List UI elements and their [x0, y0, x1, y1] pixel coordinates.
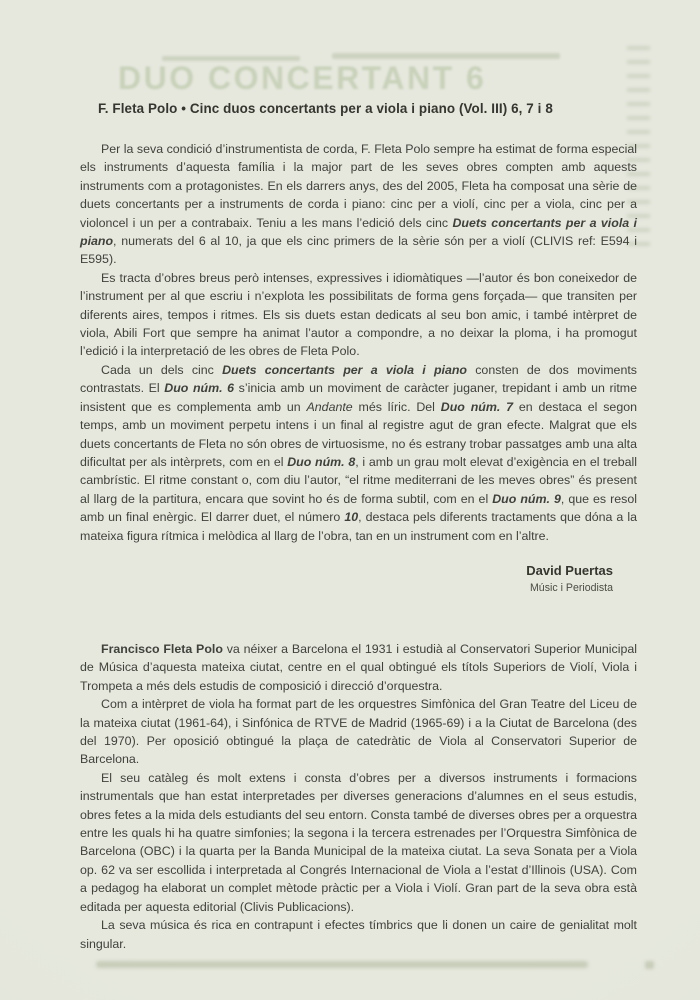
showthrough-title: DUO CONCERTANT 6: [118, 60, 598, 97]
author-signature: David Puertas Músic i Periodista: [80, 563, 637, 594]
liner-paragraph-3: Cada un dels cinc Duets concertants per …: [80, 361, 637, 545]
author-role: Músic i Periodista: [80, 582, 613, 594]
showthrough-page-number: [645, 961, 654, 969]
biography-section: Francisco Fleta Polo va néixer a Barcelo…: [80, 640, 637, 953]
scanned-booklet-page: DUO CONCERTANT 6 F. Fleta Polo • Cinc du…: [0, 0, 700, 1000]
bio-paragraph-1: Francisco Fleta Polo va néixer a Barcelo…: [80, 640, 637, 695]
page-title: F. Fleta Polo • Cinc duos concertants pe…: [98, 101, 637, 116]
liner-paragraph-1: Per la seva condició d’instrumentista de…: [80, 140, 637, 269]
liner-paragraph-2: Es tracta d’obres breus però intenses, e…: [80, 269, 637, 361]
bio-paragraph-2: Com a intèrpret de viola ha format part …: [80, 695, 637, 769]
author-name: David Puertas: [80, 563, 613, 578]
bio-paragraph-3: El seu catàleg és molt extens i consta d…: [80, 769, 637, 916]
bio-paragraph-4: La seva música és rica en contrapunt i e…: [80, 916, 637, 953]
showthrough-text-line-right: [332, 53, 560, 59]
showthrough-footer-line: [96, 961, 588, 968]
liner-notes-section: Per la seva condició d’instrumentista de…: [80, 140, 637, 594]
